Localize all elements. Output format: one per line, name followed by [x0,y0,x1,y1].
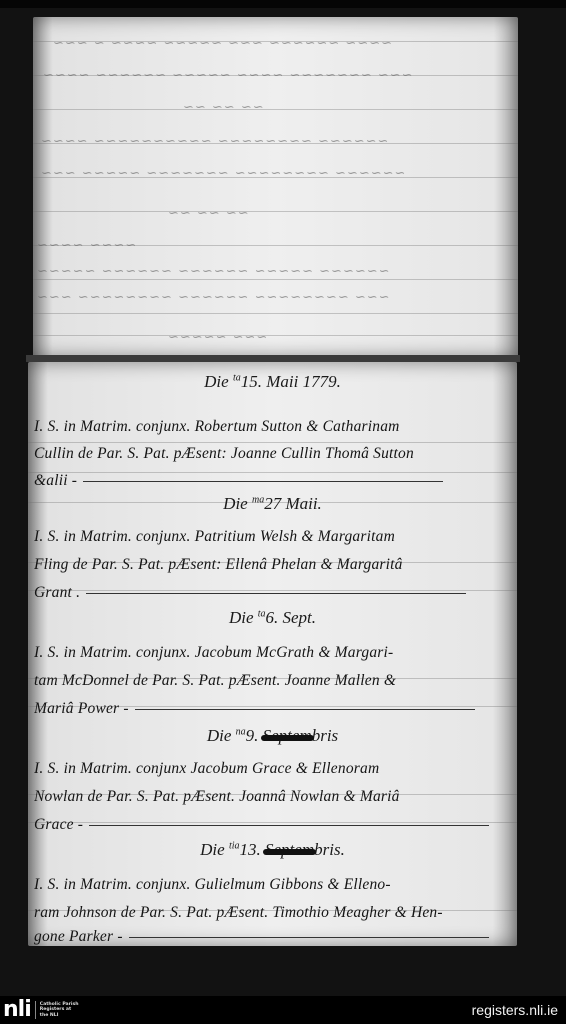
bleed-through-text: ~~~ ~~~~~ ~~~~~~~ ~~~~~~~~ ~~~~~~ [41,165,406,180]
line-filler [129,937,489,938]
ordinal-suffix: ma [252,494,264,505]
struck-out-month: Septem [263,726,312,746]
nli-brand[interactable]: nli Catholic Parish Registers at the NLI [3,996,79,1024]
nli-logo: nli [3,1000,31,1020]
entry-text-line: Nowlan de Par. S. Pat. pÆsent. Joannâ No… [34,788,513,806]
date-month: bris [312,726,338,745]
entry-text-line: I. S. in Matrim. conjunx Jacobum Grace &… [34,760,513,778]
date-day: 27 [264,494,281,513]
ordinal-suffix: tia [229,840,240,851]
date-day: 9 [246,726,255,745]
entry-text: Grace - [34,816,83,833]
date-day: 6 [266,608,275,627]
register-page-lower: Die ta15. Maii 1779. I. S. in Matrim. co… [28,362,517,946]
entry-text-line: Grace - [34,816,513,834]
entry-text: Mariâ Power - [34,700,129,717]
line-filler [135,709,475,710]
entry-date-heading: Die ta15. Maii 1779. [28,372,517,392]
site-link[interactable]: registers.nli.ie [472,1002,558,1018]
bleed-through-text: ~~ ~~ ~~ [183,99,265,114]
entry-text-line: Mariâ Power - [34,700,513,718]
date-prefix: Die [229,608,254,627]
entry-text-line: Fling de Par. S. Pat. pÆsent: Ellenâ Phe… [34,556,513,574]
image-viewer[interactable]: ~~~ ~ ~~~~ ~~~~~ ~~~ ~~~~~~ ~~~~ ~~~~ ~~… [0,0,566,996]
entry-date-heading: Die ma27 Maii. [28,494,517,514]
ordinal-suffix: ta [258,608,266,619]
bleed-through-text: ~~~~~ ~~~ [168,329,268,344]
line-filler [89,825,489,826]
date-prefix: Die [200,840,225,859]
date-prefix: Die [223,494,248,513]
ruled-line [33,313,518,314]
entry-text-line: I. S. in Matrim. conjunx. Jacobum McGrat… [34,644,513,662]
entry-text: &alii - [34,472,77,489]
date-day: 15 [241,372,258,391]
entry-text-line: Grant . [34,584,513,602]
date-month: Sept. [283,608,317,627]
entry-text-line: gone Parker - [34,928,513,946]
date-month: Maii 1779. [266,372,341,391]
ordinal-suffix: ta [233,372,241,383]
date-day: 13. [240,840,261,859]
entry-text-line: Cullin de Par. S. Pat. pÆsent: Joanne Cu… [34,445,513,463]
line-filler [86,593,466,594]
date-month: Maii. [285,494,321,513]
entry-text-line: I. S. in Matrim. conjunx. Patritium Wels… [34,528,513,546]
brand-divider [35,1001,36,1019]
date-prefix: Die [207,726,232,745]
bleed-through-text: ~~~~~ ~~~~~~ ~~~~~~ ~~~~~ ~~~~~~ [37,263,391,278]
register-page-upper: ~~~ ~ ~~~~ ~~~~~ ~~~ ~~~~~~ ~~~~ ~~~~ ~~… [33,17,518,357]
entry-date-heading: Die na9. Septembris [28,726,517,746]
entry-text-line: ram Johnson de Par. S. Pat. pÆsent. Timo… [34,904,513,922]
struck-out-month: Septem [265,840,314,860]
bleed-through-text: ~~~~ ~~~~~~~~~~ ~~~~~~~~ ~~~~~~ [41,133,389,148]
ruled-line [33,109,518,110]
bleed-through-text: ~~ ~~ ~~ [168,205,250,220]
brand-caption: Catholic Parish Registers at the NLI [40,1002,79,1019]
ruled-line [33,279,518,280]
ruled-line [33,335,518,336]
entry-date-heading: Die tia13. Septembris. [28,840,517,860]
entry-text-line: I. S. in Matrim. conjunx. Gulielmum Gibb… [34,876,513,894]
line-filler [83,481,443,482]
bleed-through-text: ~~~~ ~~~~~~ ~~~~~ ~~~~ ~~~~~~~ ~~~ [43,67,414,82]
entry-text-line: tam McDonnel de Par. S. Pat. pÆsent. Joa… [34,672,513,690]
ruled-line [33,211,518,212]
ordinal-suffix: na [236,726,246,737]
brand-line: the NLI [40,1013,79,1019]
entry-text: Grant . [34,584,80,601]
entry-text: gone Parker - [34,928,123,945]
page-fold [26,355,520,362]
bleed-through-text: ~~~~ ~~~~ [37,237,137,252]
date-month: bris. [314,840,345,859]
bleed-through-text: ~~~ ~~~~~~~~ ~~~~~~ ~~~~~~~~ ~~~ [37,289,391,304]
entry-text-line: I. S. in Matrim. conjunx. Robertum Sutto… [34,418,513,436]
bleed-through-text: ~~~ ~ ~~~~ ~~~~~ ~~~ ~~~~~~ ~~~~ [53,35,393,50]
date-prefix: Die [204,372,229,391]
entry-text-line: &alii - [34,472,513,490]
footer-bar: nli Catholic Parish Registers at the NLI… [0,996,566,1024]
entry-date-heading: Die ta6. Sept. [28,608,517,628]
ruled-line [28,442,517,443]
